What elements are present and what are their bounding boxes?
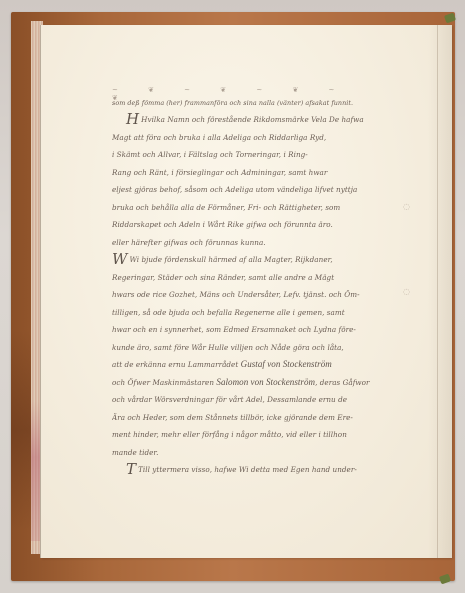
page-fold [437, 25, 438, 558]
text-line: kunde äro, samt före Wår Hulle villjen o… [112, 339, 412, 357]
manuscript-text: som deß fömma (her) frammanföra och sina… [112, 96, 412, 479]
text-line: Regeringar, Städer och sina Ränder, samt… [112, 269, 412, 287]
decorative-flourishes: ~ ❦ ~ ❦ ~ ❦ ~ ❦ [112, 86, 352, 96]
text-line: mande tider. [112, 444, 412, 462]
text-line: och Öfwer Maskinmästaren Salomon von Sto… [112, 374, 412, 392]
text-line: hwar och en i synnerhet, som Edmed Ersam… [112, 321, 412, 339]
text-line-content: Hvilka Namn och förestående Rikdomsmärke… [141, 115, 364, 124]
decorated-initial: H [126, 111, 139, 128]
ribbon-tie-bottom [439, 574, 451, 585]
text-line: och vårdar Wörsverdningar för vårt Adel,… [112, 391, 412, 409]
margin-mark: ◌ [403, 202, 410, 211]
decorated-initial: W [112, 251, 127, 268]
text-line: Ära och Heder, som dem Stånnets tillbör,… [112, 409, 412, 427]
margin-mark: ◌ [403, 287, 410, 296]
text-line-content: Till yttermera visso, hafwe Wi detta med… [138, 465, 357, 474]
name-salomon: Salomon von Stockenström [216, 377, 315, 387]
text-line: ment hinder, mehr eller förfång i någor … [112, 426, 412, 444]
text-line-content: och Öfwer Maskinmästaren [112, 378, 214, 387]
decorated-initial: T [126, 461, 136, 478]
name-gustaf: Gustaf von Stockenström [241, 359, 332, 369]
document-scan: ~ ❦ ~ ❦ ~ ❦ ~ ❦ som deß fömma (her) fram… [0, 0, 465, 593]
binding-wear [11, 330, 33, 530]
text-line: WWi bjude fördenskull härmed af alla Mag… [112, 251, 412, 269]
text-line: som deß fömma (her) frammanföra och sina… [112, 96, 412, 111]
text-line: tilligen, så ode bjuda och befalla Regen… [112, 304, 412, 322]
text-line-content: Wi bjude fördenskull härmed af alla Magt… [129, 255, 332, 264]
text-line-content: deras Gåfwor [320, 378, 370, 387]
text-line: TTill yttermera visso, hafwe Wi detta me… [112, 461, 412, 479]
text-line: eller härefter gifwas och förunnas kunna… [112, 234, 412, 252]
text-line: Rang och Ränt, i försieglingar och Admin… [112, 164, 412, 182]
text-line: Riddarskapet och Adeln i Wårt Rike gifwa… [112, 216, 412, 234]
text-line-content: att de erkänna ernu Lammarrådet [112, 360, 238, 369]
text-line: bruka och behålla alla de Förmåner, Fri-… [112, 199, 412, 217]
text-line: i Skämt och Allvar, i Fältslag och Torne… [112, 146, 412, 164]
text-line: hwars ode rice Gozhet, Mäns och Undersåt… [112, 286, 412, 304]
text-line: eljest gjöras behof, såsom och Adeliga u… [112, 181, 412, 199]
text-line: Magt att föra och bruka i alla Adeliga o… [112, 129, 412, 147]
text-line: HHvilka Namn och förestående Rikdomsmärk… [112, 111, 412, 129]
text-line: att de erkänna ernu Lammarrådet Gustaf v… [112, 356, 412, 374]
